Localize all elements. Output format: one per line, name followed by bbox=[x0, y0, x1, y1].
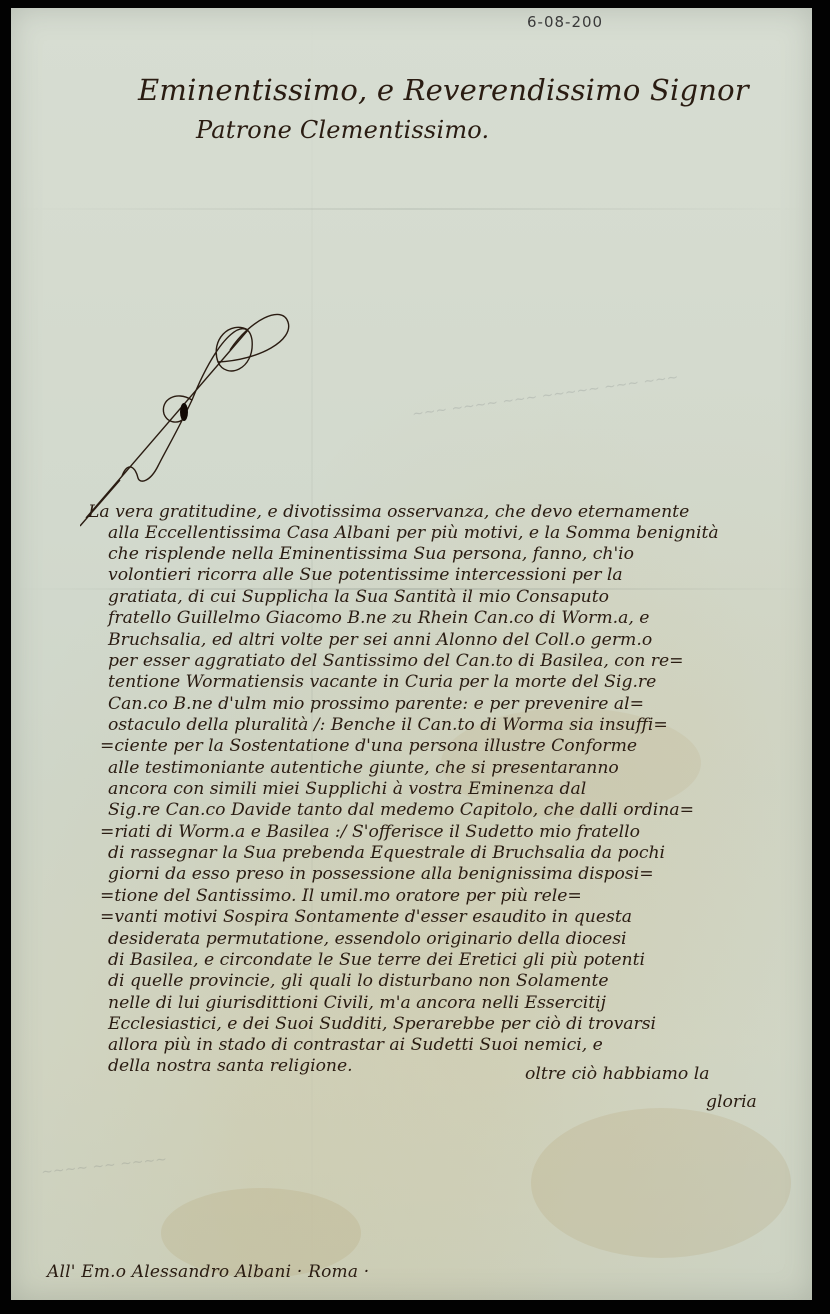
letter-line: alle testimoniante autentiche giunte, ch… bbox=[108, 758, 619, 778]
paragraph-flourish-icon bbox=[80, 290, 300, 530]
letter-line: Sig.re Can.co Davide tanto dal medemo Ca… bbox=[108, 800, 694, 820]
letter-line: ostaculo della pluralità /: Benche il Ca… bbox=[108, 715, 668, 735]
document-scan: ~~~ ~~~~ ~~~ ~~~~~ ~~~ ~~~ ~~~~ ~~ ~~~~ … bbox=[0, 0, 830, 1314]
letter-line: fratello Guillelmo Giacomo B.ne zu Rhein… bbox=[108, 608, 649, 628]
letter-line: =tione del Santissimo. Il umil.mo orator… bbox=[100, 886, 582, 906]
letter-line: Can.co B.ne d'ulm mio prossimo parente: … bbox=[108, 694, 644, 714]
recipient-address: All' Em.o Alessandro Albani · Roma · bbox=[47, 1262, 369, 1282]
letter-line: alla Eccellentissima Casa Albani per più… bbox=[108, 523, 719, 543]
letter-line: di rassegnar la Sua prebenda Equestrale … bbox=[108, 843, 665, 863]
letter-line: La vera gratitudine, e divotissima osser… bbox=[88, 502, 689, 522]
letter-line: =ciente per la Sostentatione d'una perso… bbox=[100, 736, 637, 756]
salutation-line-2: Patrone Clementissimo. bbox=[196, 118, 489, 142]
letter-line: Bruchsalia, ed altri volte per sei anni … bbox=[108, 630, 652, 650]
letter-line: gloria bbox=[706, 1092, 757, 1112]
bleed-through-text: ~~~ ~~~~ ~~~ ~~~~~ ~~~ ~~~ bbox=[411, 369, 679, 422]
bleed-through-text: ~~~~ ~~ ~~~~ bbox=[41, 1151, 168, 1180]
letter-line: di Basilea, e circondate le Sue terre de… bbox=[108, 950, 645, 970]
letter-line: =riati di Worm.a e Basilea :/ S'offerisc… bbox=[100, 822, 640, 842]
letter-line: volontieri ricorra alle Sue potentissime… bbox=[108, 565, 623, 585]
salutation-line-1: Eminentissimo, e Reverendissimo Signor bbox=[138, 76, 749, 105]
archive-number: 6-08-200 bbox=[527, 13, 603, 31]
letter-line: gratiata, di cui Supplicha la Sua Santit… bbox=[108, 587, 609, 607]
letter-line: nelle di lui giurisdittioni Civili, m'a … bbox=[108, 993, 606, 1013]
water-stain bbox=[531, 1108, 791, 1258]
letter-line: Ecclesiastici, e dei Suoi Sudditi, Spera… bbox=[108, 1014, 656, 1034]
letter-line: della nostra santa religione. bbox=[108, 1056, 353, 1076]
letter-line: giorni da esso preso in possessione alla… bbox=[108, 864, 654, 884]
letter-line: allora più in stado di contrastar ai Sud… bbox=[108, 1035, 603, 1055]
letter-line: desiderata permutatione, essendolo origi… bbox=[108, 929, 627, 949]
letter-line: oltre ciò habbiamo la bbox=[525, 1064, 709, 1084]
paper-fold-horizontal bbox=[11, 208, 812, 210]
letter-line: che risplende nella Eminentissima Sua pe… bbox=[108, 544, 634, 564]
letter-line: per esser aggratiato del Santissimo del … bbox=[108, 651, 684, 671]
letter-line: tentione Wormatiensis vacante in Curia p… bbox=[108, 672, 656, 692]
letter-line: ancora con simili miei Supplichi à vostr… bbox=[108, 779, 586, 799]
letter-line: di quelle provincie, gli quali lo distur… bbox=[108, 971, 609, 991]
letter-line: =vanti motivi Sospira Sontamente d'esser… bbox=[100, 907, 632, 927]
